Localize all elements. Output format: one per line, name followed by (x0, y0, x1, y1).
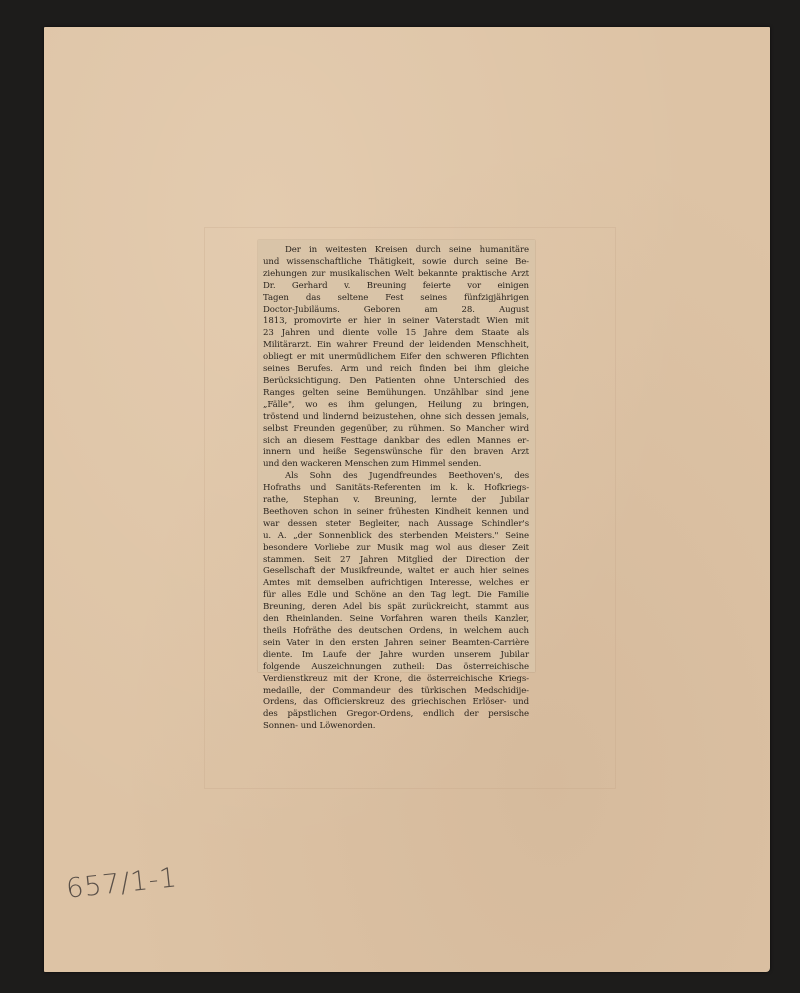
text-line: Breuning, deren Adel bis spät zurückreic… (263, 602, 529, 614)
text-line: des päpstlichen Gregor-Ordens, endlich d… (263, 709, 529, 721)
text-line: sich an diesem Festtage dankbar des edle… (263, 436, 529, 448)
text-line: 23 Jahren und diente volle 15 Jahre dem … (263, 328, 529, 340)
text-line: und wissenschaftliche Thätigkeit, sowie … (263, 257, 529, 269)
text-line: obliegt er mit unermüdlichem Eifer den s… (263, 352, 529, 364)
text-line: war dessen steter Begleiter, nach Aussag… (263, 519, 529, 531)
text-line: rathe, Stephan v. Breuning, lernte der J… (263, 495, 529, 507)
text-line: Als Sohn des Jugendfreundes Beethoven's,… (263, 471, 529, 483)
text-line: Militärarzt. Ein wahrer Freund der leide… (263, 340, 529, 352)
paragraph-2: Als Sohn des Jugendfreundes Beethoven's,… (263, 471, 529, 733)
text-line: stammen. Seit 27 Jahren Mitglied der Dir… (263, 555, 529, 567)
text-line: Verdienstkreuz mit der Krone, die österr… (263, 674, 529, 686)
text-line: folgende Auszeichnungen zutheil: Das öst… (263, 662, 529, 674)
text-line: „Fälle", wo es ihm gelungen, Heilung zu … (263, 400, 529, 412)
text-line: medaille, der Commandeur des türkischen … (263, 686, 529, 698)
text-line: Dr. Gerhard v. Breuning feierte vor eini… (263, 281, 529, 293)
clipping-text: Der in weitesten Kreisen durch seine hum… (263, 245, 529, 733)
text-line: Sonnen- und Löwenorden. (263, 721, 529, 733)
text-line: 1813, promovirte er hier in seiner Vater… (263, 316, 529, 328)
text-line: Doctor-Jubiläums. Geboren am 28. August (263, 305, 529, 317)
text-line: theils Hofräthe des deutschen Ordens, in… (263, 626, 529, 638)
text-line: Berücksichtigung. Den Patienten ohne Unt… (263, 376, 529, 388)
text-line: Ordens, das Officierskreuz des griechisc… (263, 697, 529, 709)
text-line: den Rheinlanden. Seine Vorfahren waren t… (263, 614, 529, 626)
text-line: sein Vater in den ersten Jahren seiner B… (263, 638, 529, 650)
text-line: Der in weitesten Kreisen durch seine hum… (263, 245, 529, 257)
text-line: Ranges gelten seine Bemühungen. Unzählba… (263, 388, 529, 400)
text-line: Hofraths und Sanitäts-Referenten im k. k… (263, 483, 529, 495)
text-line: besondere Vorliebe zur Musik mag wol aus… (263, 543, 529, 555)
text-line: diente. Im Laufe der Jahre wurden unsere… (263, 650, 529, 662)
text-line: ziehungen zur musikalischen Welt bekannt… (263, 269, 529, 281)
text-line: u. A. „der Sonnenblick des sterbenden Me… (263, 531, 529, 543)
text-line: Gesellschaft der Musikfreunde, waltet er… (263, 566, 529, 578)
text-line: tröstend und lindernd beizustehen, ohne … (263, 412, 529, 424)
text-line: selbst Freunden gegenüber, zu rühmen. So… (263, 424, 529, 436)
text-line: seines Berufes. Arm und reich finden bei… (263, 364, 529, 376)
text-line: Tagen das seltene Fest seines fünfzigjäh… (263, 293, 529, 305)
text-line: Amtes mit demselben aufrichtigen Interes… (263, 578, 529, 590)
newspaper-clipping: Der in weitesten Kreisen durch seine hum… (258, 240, 535, 672)
text-line: für alles Edle und Schöne an den Tag leg… (263, 590, 529, 602)
text-line: und den wackeren Menschen zum Himmel sen… (263, 459, 529, 471)
text-line: Beethoven schon in seiner frühesten Kind… (263, 507, 529, 519)
paragraph-1: Der in weitesten Kreisen durch seine hum… (263, 245, 529, 471)
text-line: innern und heiße Segenswünsche für den b… (263, 447, 529, 459)
